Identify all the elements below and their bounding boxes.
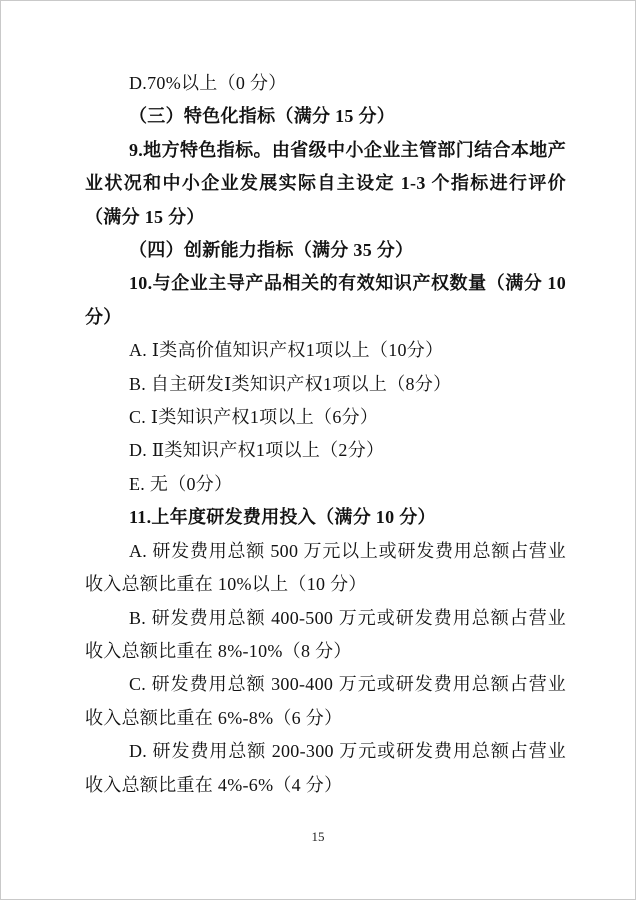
section-heading: （四）创新能力指标（满分 35 分） <box>85 234 566 267</box>
page-number: 15 <box>1 829 635 845</box>
option-line-cont: 收入总额比重在 10%以上（10 分） <box>85 568 566 601</box>
option-line: B. 自主研发Ⅰ类知识产权1项以上（8分） <box>85 368 566 401</box>
item-heading-cont: （满分 15 分） <box>85 201 566 234</box>
item-heading-cont: 业状况和中小企业发展实际自主设定 1-3 个指标进行评价 <box>85 167 566 200</box>
option-line-cont: 收入总额比重在 8%-10%（8 分） <box>85 635 566 668</box>
option-line: A. 研发费用总额 500 万元以上或研发费用总额占营业 <box>85 535 566 568</box>
option-line: D. Ⅱ类知识产权1项以上（2分） <box>85 434 566 467</box>
option-line: E. 无（0分） <box>85 468 566 501</box>
item-heading: 11.上年度研发费用投入（满分 10 分） <box>85 501 566 534</box>
item-heading-cont: 分） <box>85 301 566 334</box>
item-heading: 10.与企业主导产品相关的有效知识产权数量（满分 10 <box>85 267 566 300</box>
document-page: D.70%以上（0 分） （三）特色化指标（满分 15 分） 9.地方特色指标。… <box>0 0 636 900</box>
text-line: D.70%以上（0 分） <box>85 67 566 100</box>
option-line: C. Ⅰ类知识产权1项以上（6分） <box>85 401 566 434</box>
option-line: D. 研发费用总额 200-300 万元或研发费用总额占营业 <box>85 735 566 768</box>
option-line: A. Ⅰ类高价值知识产权1项以上（10分） <box>85 334 566 367</box>
text-block: D.70%以上（0 分） （三）特色化指标（满分 15 分） 9.地方特色指标。… <box>85 67 566 802</box>
option-line-cont: 收入总额比重在 6%-8%（6 分） <box>85 702 566 735</box>
option-line-cont: 收入总额比重在 4%-6%（4 分） <box>85 769 566 802</box>
option-line: C. 研发费用总额 300-400 万元或研发费用总额占营业 <box>85 668 566 701</box>
option-line: B. 研发费用总额 400-500 万元或研发费用总额占营业 <box>85 602 566 635</box>
section-heading: （三）特色化指标（满分 15 分） <box>85 100 566 133</box>
item-heading: 9.地方特色指标。由省级中小企业主管部门结合本地产 <box>85 134 566 167</box>
